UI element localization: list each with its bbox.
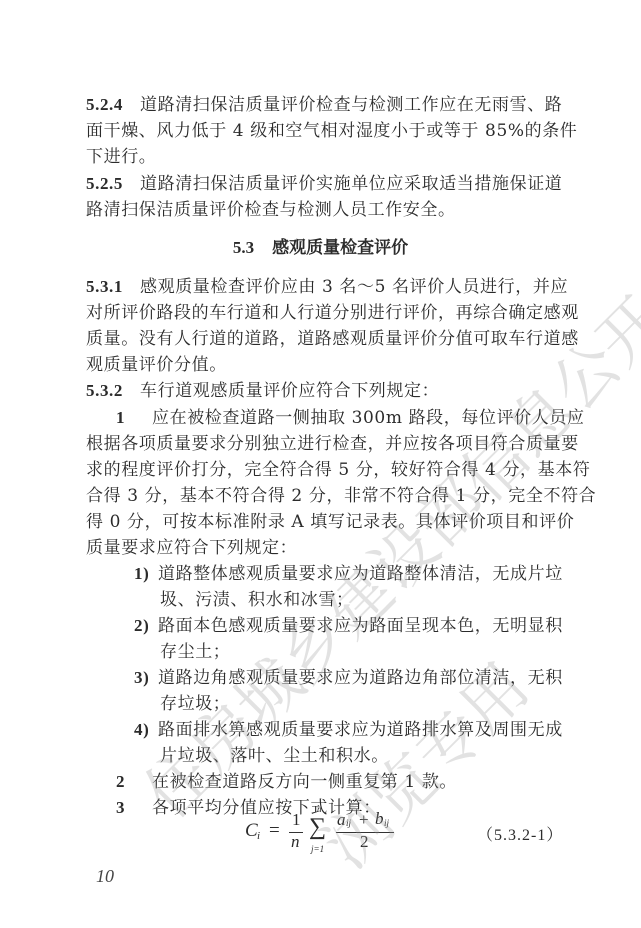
formula-equals: = xyxy=(269,820,280,842)
clause-number: 5.2.4 xyxy=(86,94,140,116)
item-text: 在被检查道路反方向一侧重复第 1 款。 xyxy=(152,772,457,792)
formula-num-b: b xyxy=(375,809,384,829)
subitem-text: 路面排水箅感观质量要求应为道路排水箅及周围无成 xyxy=(158,720,563,740)
subitem-2-line-1: 2)路面本色感观质量要求应为路面呈现本色，无明显积 xyxy=(134,615,564,637)
item-1-line-3: 求的程度评价打分，完全符合得 5 分，较好符合得 4 分，基本符 xyxy=(86,459,564,481)
subitem-number: 4) xyxy=(134,719,158,741)
subitem-number: 2) xyxy=(134,615,158,637)
clause-5-2-4-line-2: 面干燥、风力低于 4 级和空气相对湿度小于或等于 85%的条件 xyxy=(86,120,564,142)
formula-sum-lower: j=1 xyxy=(311,844,324,854)
subitem-text: 路面本色感观质量要求应为路面呈现本色，无明显积 xyxy=(158,616,563,636)
subitem-number: 1) xyxy=(134,563,158,585)
subitem-text: 道路边角感观质量要求应为道路边角部位清洁，无积 xyxy=(158,668,563,688)
item-1-line-5: 得 0 分，可按本标准附录 A 填写记录表。具体评价项目和评价 xyxy=(86,511,564,533)
item-2: 2在被检查道路反方向一侧重复第 1 款。 xyxy=(116,771,564,793)
clause-5-3-2-intro: 5.3.2车行道观感质量评价应符合下列规定： xyxy=(86,380,564,402)
clause-5-3-1-line-2: 对所评价路段的车行道和人行道分别进行评价，再综合确定感观 xyxy=(86,302,564,324)
clause-text: 道路清扫保洁质量评价检查与检测工作应在无雨雪、路 xyxy=(140,95,562,115)
formula-sum-symbol: ∑ xyxy=(309,814,326,841)
item-number: 3 xyxy=(116,797,152,819)
formula-lhs-sub: i xyxy=(257,830,260,842)
item-number: 2 xyxy=(116,771,152,793)
subitem-4-line-1: 4)路面排水箅感观质量要求应为道路排水箅及周围无成 xyxy=(134,719,564,741)
clause-5-2-5-line-2: 路清扫保洁质量评价检查与检测人员工作安全。 xyxy=(86,199,564,221)
page-number: 10 xyxy=(96,866,114,887)
clause-number: 5.2.5 xyxy=(86,173,140,195)
item-text: 应在被检查道路一侧抽取 300m 路段，每位评价人员应 xyxy=(152,408,585,428)
subitem-3-line-1: 3)道路边角感观质量要求应为道路边角部位清洁，无积 xyxy=(134,667,564,689)
clause-5-2-4-line-3: 下进行。 xyxy=(86,146,564,168)
clause-5-3-1-line-4: 观质量评价分值。 xyxy=(86,354,564,376)
item-1-line-4: 合得 3 分，基本不符合得 2 分，非常不符合得 1 分，完全不符合 xyxy=(86,485,564,507)
subitem-number: 3) xyxy=(134,667,158,689)
formula-den: 2 xyxy=(360,832,369,852)
formula-coef-num: 1 xyxy=(292,810,301,830)
clause-text: 车行道观感质量评价应符合下列规定： xyxy=(140,381,439,401)
subitem-text: 道路整体感观质量要求应为道路整体清洁，无成片垃 xyxy=(158,564,563,584)
clause-5-3-1-line-1: 5.3.1感观质量检查评价应由 3 名～5 名评价人员进行，并应 xyxy=(86,276,564,298)
clause-number: 5.3.1 xyxy=(86,276,140,298)
item-1-line-6: 质量要求应符合下列规定： xyxy=(86,537,564,559)
clause-text: 道路清扫保洁质量评价实施单位应采取适当措施保证道 xyxy=(140,174,562,194)
subitem-4-line-2: 片垃圾、落叶、尘土和积水。 xyxy=(160,745,564,767)
section-number: 5.3 xyxy=(233,238,254,257)
clause-5-3-1-line-3: 质量。没有人行道的道路，道路感观质量评价分值可取车行道感 xyxy=(86,328,564,350)
item-1-line-1: 1应在被检查道路一侧抽取 300m 路段，每位评价人员应 xyxy=(116,407,564,429)
clause-text: 感观质量检查评价应由 3 名～5 名评价人员进行，并应 xyxy=(140,277,568,297)
formula-num-a: a xyxy=(337,810,346,830)
item-number: 1 xyxy=(116,407,152,429)
subitem-1-line-2: 圾、污渍、积水和冰雪； xyxy=(160,589,564,611)
subitem-2-line-2: 存尘土； xyxy=(160,641,564,663)
subitem-3-line-2: 存垃圾； xyxy=(160,693,564,715)
formula-num-a-sub: ij xyxy=(346,818,351,828)
document-page: 5.2.4道路清扫保洁质量评价检查与检测工作应在无雨雪、路 面干燥、风力低于 4… xyxy=(0,0,641,928)
clause-5-2-5-line-1: 5.2.5道路清扫保洁质量评价实施单位应采取适当措施保证道 xyxy=(86,173,564,195)
formula-num-b-sub: ij xyxy=(384,818,389,828)
formula-coef-den: n xyxy=(291,832,300,852)
section-heading: 5.3感观质量检查评价 xyxy=(0,237,641,259)
formula-plus: + xyxy=(359,810,369,830)
item-1-line-2: 根据各项质量要求分别独立进行检查，并应按各项目符合质量要 xyxy=(86,433,564,455)
formula-5-3-2-1: C i = 1 n ∑ n j=1 a ij + b ij 2 （5.3.2-1… xyxy=(245,810,585,856)
section-title: 感观质量检查评价 xyxy=(272,238,408,258)
clause-number: 5.3.2 xyxy=(86,380,140,402)
equation-number: （5.3.2-1） xyxy=(477,822,563,845)
formula-sum-upper: n xyxy=(317,804,322,814)
subitem-1-line-1: 1)道路整体感观质量要求应为道路整体清洁，无成片垃 xyxy=(134,563,564,585)
clause-5-2-4-line-1: 5.2.4道路清扫保洁质量评价检查与检测工作应在无雨雪、路 xyxy=(86,94,564,116)
formula-lhs: C xyxy=(245,820,258,842)
